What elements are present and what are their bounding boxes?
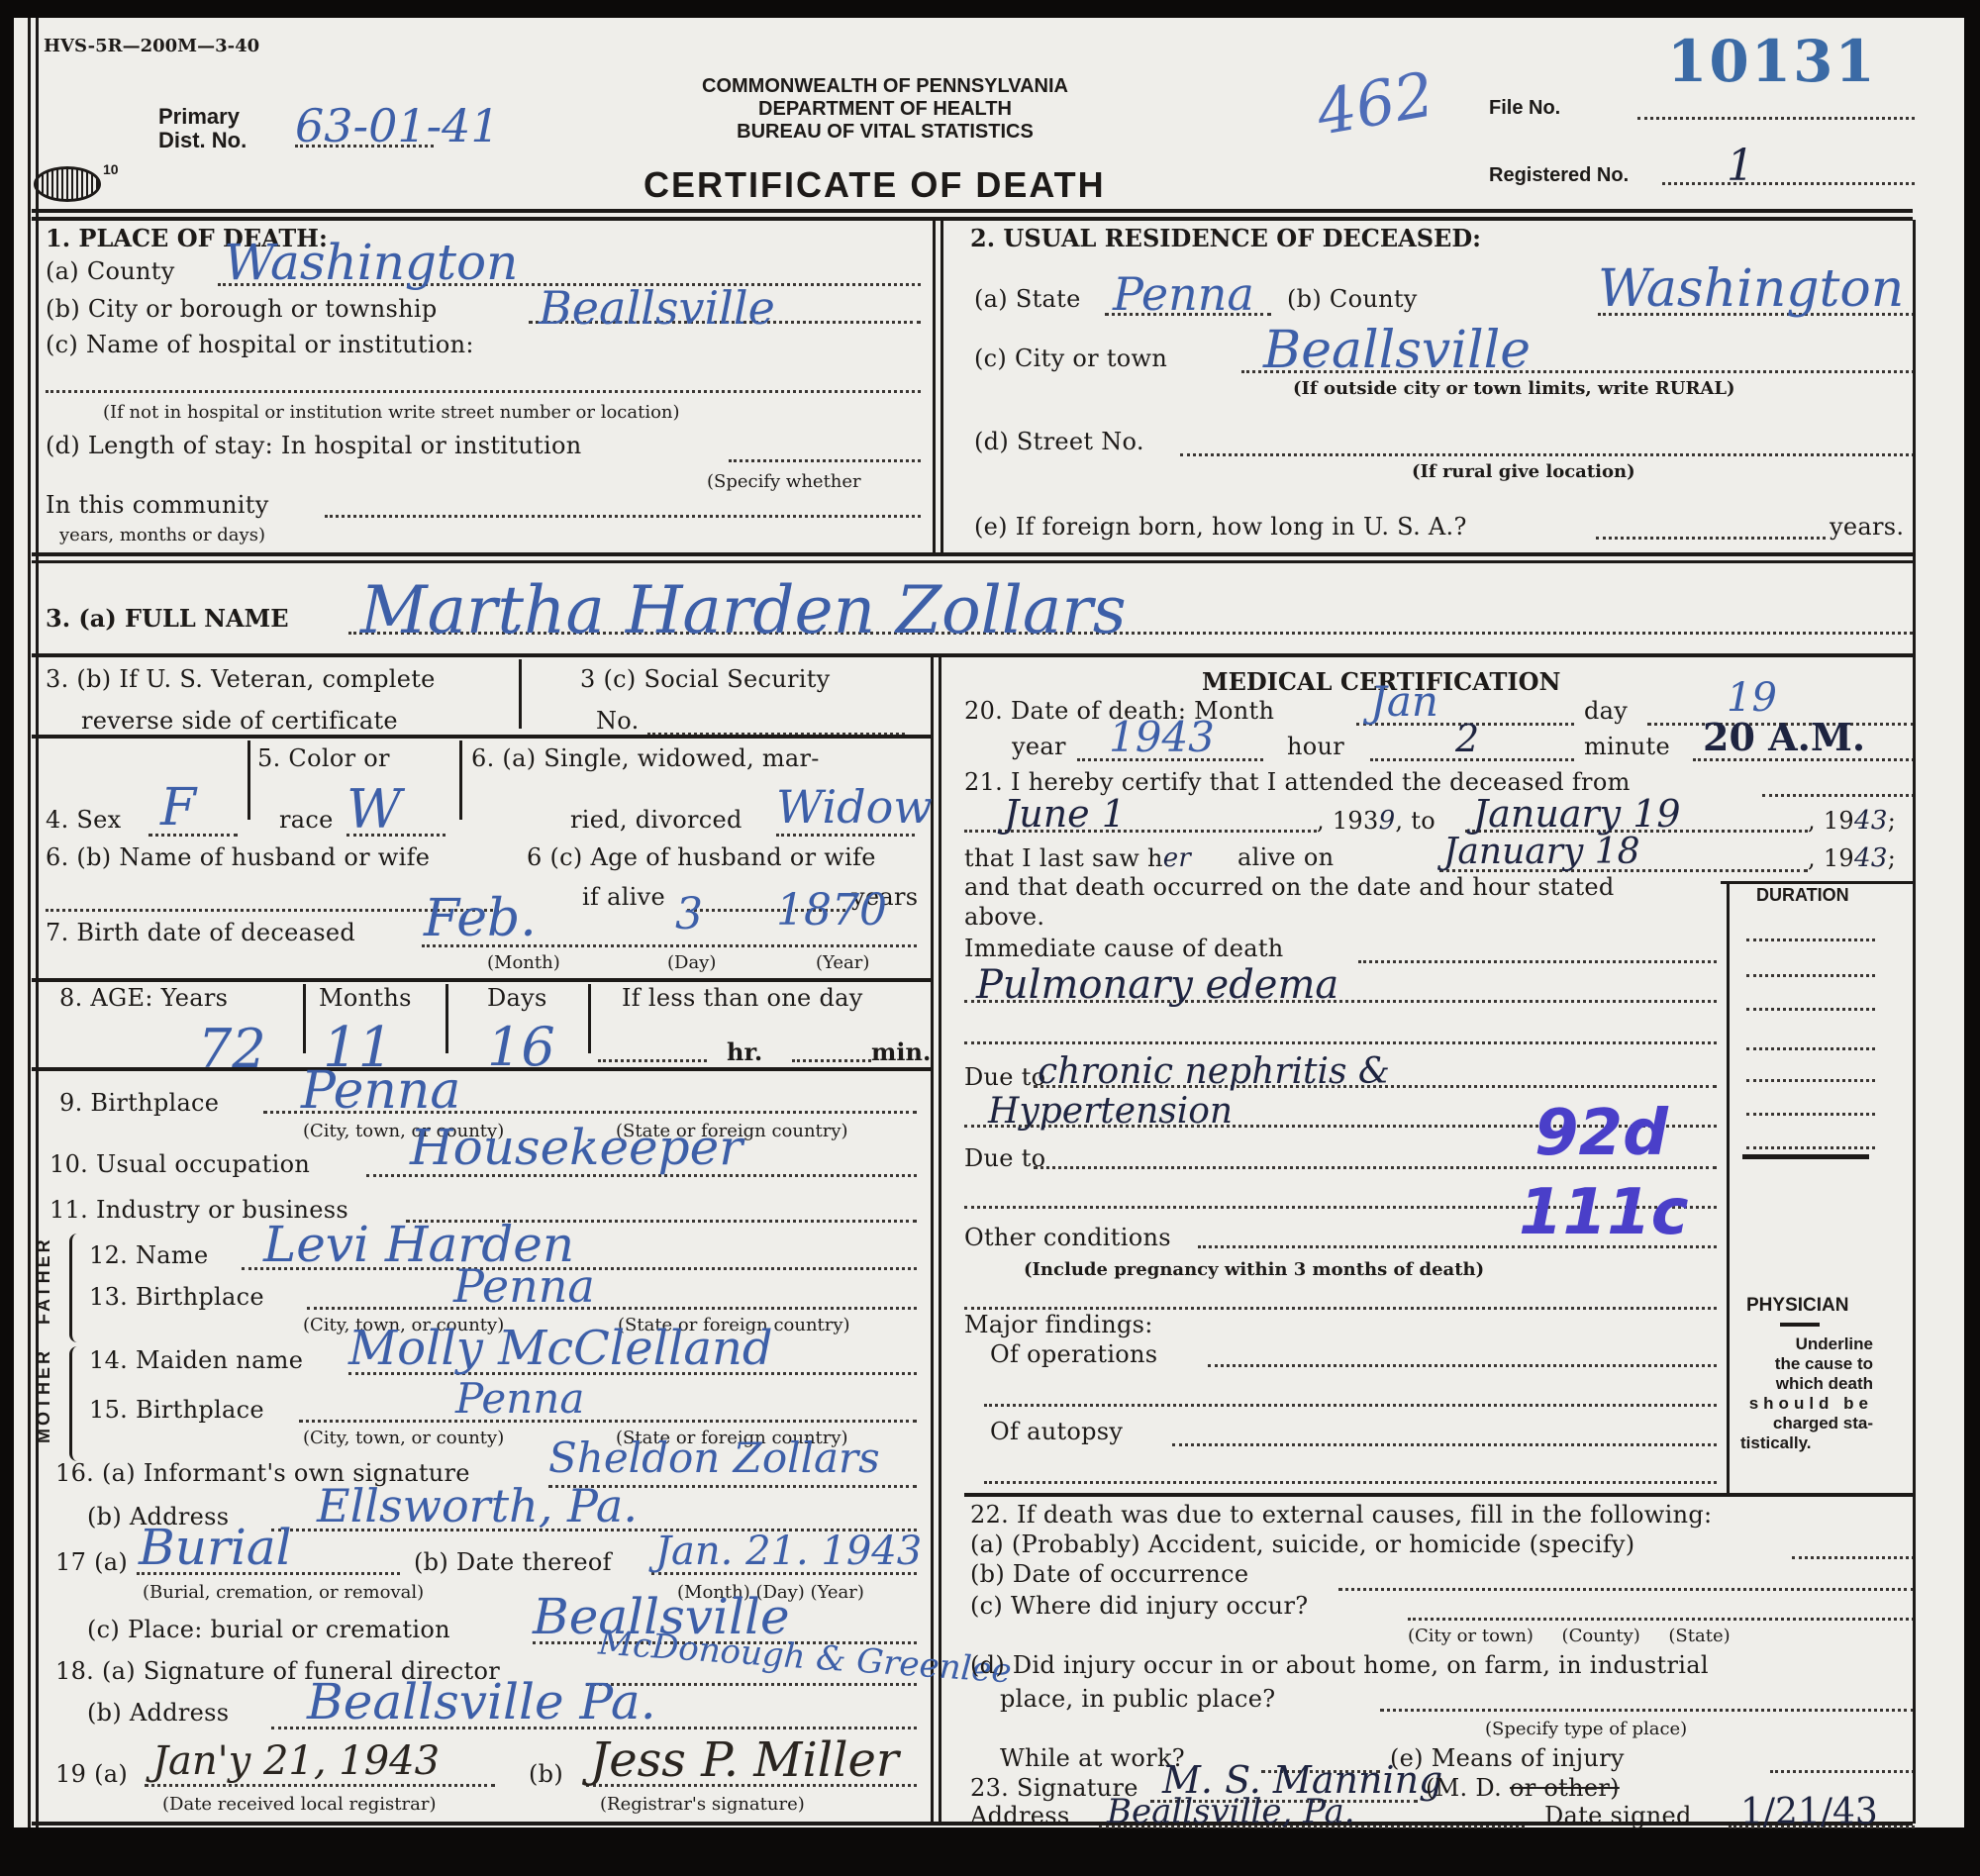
pod-stay-line — [729, 459, 921, 462]
rule-after-veteran — [32, 735, 931, 739]
external-b-label: (b) Date of occurrence — [970, 1560, 1248, 1588]
date-signed-value: 1/21/43 — [1740, 1792, 1878, 1832]
father-birthplace-line — [307, 1307, 917, 1310]
birth-date-label: 7. Birth date of deceased — [46, 919, 355, 946]
full-name-value: Martha Harden Zollars — [360, 572, 1127, 648]
father-brace — [69, 1234, 80, 1342]
duration-bottom-rule — [1742, 1154, 1869, 1159]
external-b-line — [1338, 1588, 1915, 1591]
race-label-1: 5. Color or — [257, 744, 390, 772]
external-d-label-2: place, in public place? — [1000, 1685, 1275, 1713]
operations-line — [1208, 1364, 1717, 1367]
external-heading: 22. If death was due to external causes,… — [970, 1501, 1712, 1529]
disposition-date-label: (b) Date thereof — [414, 1548, 612, 1576]
registrar-date-label: 19 (a) — [55, 1760, 128, 1788]
external-c-line — [1408, 1618, 1915, 1621]
occupation-label: 10. Usual occupation — [49, 1150, 310, 1178]
coding-mark-2: 111c — [1519, 1176, 1689, 1249]
last-saw-date-value: January 18 — [1443, 832, 1640, 872]
mother-birthplace-label: 15. Birthplace — [89, 1396, 264, 1424]
external-c-caption: (City or town) (County) (State) — [1408, 1626, 1731, 1646]
birth-month-value: Feb. — [424, 889, 537, 948]
header-rule-2 — [32, 217, 1913, 221]
disposition-method-caption: (Burial, cremation, or removal) — [143, 1582, 424, 1603]
pod-community-label: In this community — [46, 491, 269, 519]
pod-county-value: Washington — [224, 234, 518, 291]
right-border-rule — [1913, 220, 1916, 1824]
due-to-value-1a: chronic nephritis & — [1038, 1051, 1390, 1092]
other-struck-text: or other) — [1510, 1774, 1620, 1802]
father-birthplace-value: Penna — [453, 1259, 595, 1313]
date-signed-label: Date signed — [1544, 1802, 1692, 1829]
left-border-rule — [28, 18, 31, 1827]
birthplace-value: Penna — [301, 1061, 460, 1121]
funeral-director-address-value: Beallsville Pa. — [307, 1673, 656, 1730]
veteran-label-2: reverse side of certificate — [81, 707, 398, 735]
race-value: W — [346, 778, 402, 840]
res-state-label: (a) State — [974, 285, 1081, 313]
birth-year-caption: (Year) — [816, 952, 869, 973]
registrar-signature-caption: (Registrar's signature) — [600, 1794, 805, 1815]
sex-label: 4. Sex — [46, 806, 122, 834]
res-state-value: Penna — [1113, 267, 1254, 321]
veteran-label-1: 3. (b) If U. S. Veteran, complete — [46, 665, 436, 693]
operations-label: Of operations — [990, 1340, 1157, 1368]
min-line — [792, 1059, 871, 1062]
rule-after-age — [32, 1067, 931, 1071]
rule-after-residence — [32, 552, 1913, 556]
mother-maiden-label: 14. Maiden name — [89, 1346, 303, 1374]
res-street-line — [1180, 453, 1915, 456]
pod-county-label: (a) County — [46, 257, 175, 285]
pod-stay-label: (d) Length of stay: In hospital or insti… — [46, 432, 581, 459]
mother-brace — [69, 1346, 80, 1461]
marital-line — [776, 834, 915, 837]
immediate-cause-line-0 — [1358, 960, 1717, 963]
pod-stay-note: (Specify whether — [707, 471, 861, 492]
other-conditions-line-2 — [964, 1307, 1717, 1310]
due-to-value-1b: Hypertension — [988, 1091, 1233, 1132]
alive-on-label: alive on — [1237, 843, 1334, 871]
duration-line-2 — [1746, 974, 1875, 977]
death-month-value: Jan — [1370, 677, 1438, 726]
duration-line-4 — [1746, 1047, 1875, 1050]
spouse-age-label-1: 6 (c) Age of husband or wife — [527, 843, 876, 871]
burial-place-label: (c) Place: burial or cremation — [87, 1616, 450, 1643]
ssn-label-2: No. — [596, 707, 640, 735]
external-d-label-1: (d) Did injury occur in or about home, o… — [970, 1651, 1709, 1679]
birth-year-value: 1870 — [776, 885, 887, 936]
age-years-divider — [303, 984, 306, 1053]
sex-race-divider — [247, 741, 250, 820]
birth-day-caption: (Day) — [667, 952, 716, 973]
md-label: (M. D. or other) — [1426, 1774, 1620, 1802]
attended-to-value: January 19 — [1473, 792, 1681, 836]
external-a-label: (a) (Probably) Accident, suicide, or hom… — [970, 1530, 1634, 1558]
hr-label: hr. — [727, 1037, 762, 1066]
while-at-work-label: While at work? — [1000, 1744, 1185, 1772]
res-street-note: (If rural give location) — [1412, 461, 1635, 482]
certify-line — [1762, 794, 1915, 797]
means-of-injury-line — [1770, 1770, 1915, 1773]
year-label: year — [1012, 733, 1066, 760]
section-divider-inner — [940, 220, 943, 552]
other-conditions-line — [1198, 1245, 1717, 1248]
minute-label: minute — [1584, 733, 1670, 760]
res-city-value: Beallsville — [1263, 321, 1531, 380]
immediate-cause-value: Pulmonary edema — [976, 962, 1338, 1008]
registered-no-line — [1662, 182, 1915, 185]
registrar-signature-label: (b) — [529, 1760, 563, 1788]
left-border-rule-inner — [36, 18, 39, 1827]
statement-line-2: above. — [964, 903, 1044, 931]
duration-heading: DURATION — [1756, 885, 1849, 906]
agency-line-2: DEPARTMENT OF HEALTH — [568, 98, 1202, 121]
primary-dist-value: 63-01-41 — [295, 99, 500, 152]
birth-month-caption: (Month) — [487, 952, 560, 973]
coding-mark-1: 92d — [1534, 1097, 1668, 1170]
immediate-cause-label: Immediate cause of death — [964, 935, 1284, 962]
other-conditions-note: (Include pregnancy within 3 months of de… — [1024, 1259, 1484, 1280]
res-county-value: Washington — [1598, 259, 1904, 319]
marital-value: Widow — [776, 780, 933, 834]
min-label: min. — [871, 1037, 931, 1066]
major-findings-label: Major findings: — [964, 1311, 1153, 1338]
registrar-date-caption: (Date received local registrar) — [162, 1794, 436, 1815]
duration-top-rule — [1721, 881, 1915, 884]
external-a-line — [1792, 1556, 1915, 1559]
last-saw-label: that I last saw her — [964, 843, 1191, 873]
veteran-ssn-divider — [519, 659, 522, 729]
agency-line-3: BUREAU OF VITAL STATISTICS — [568, 121, 1202, 144]
physician-heading: PHYSICIAN — [1746, 1295, 1848, 1317]
disposition-method-value: Burial — [139, 1519, 292, 1576]
physician-dash — [1780, 1323, 1820, 1327]
autopsy-line — [1172, 1443, 1717, 1446]
attended-from-value: June 1 — [1004, 792, 1126, 836]
hr-line — [598, 1059, 707, 1062]
residence-heading: 2. USUAL RESIDENCE OF DECEASED: — [970, 224, 1481, 252]
occupation-value: Housekeeper — [410, 1119, 742, 1176]
autopsy-line-2 — [984, 1481, 1717, 1484]
section-divider — [933, 220, 936, 552]
physician-note: Underline the cause to which death shoul… — [1740, 1334, 1873, 1453]
attended-from-year: , 1939, to — [1317, 806, 1435, 836]
pod-city-label: (b) City or borough or township — [46, 295, 438, 323]
operations-line-2 — [984, 1404, 1717, 1407]
physician-address-value: Beallsville, Pa. — [1107, 1792, 1355, 1831]
rule-before-external — [964, 1493, 1915, 1497]
day-label: day — [1584, 697, 1628, 725]
autopsy-label: Of autopsy — [990, 1418, 1123, 1445]
spouse-label: 6. (b) Name of husband or wife — [46, 843, 430, 871]
pod-hospital-label: (c) Name of hospital or institution: — [46, 331, 474, 358]
father-name-label: 12. Name — [89, 1241, 208, 1269]
immediate-cause-line-2 — [964, 1041, 1717, 1044]
union-label-number: 10 — [103, 161, 119, 177]
registered-no-label: Registered No. — [1489, 164, 1629, 187]
res-foreign-line — [1596, 537, 1826, 540]
birthplace-label: 9. Birthplace — [59, 1089, 219, 1117]
informant-address-value: Ellsworth, Pa. — [317, 1479, 638, 1532]
registrar-date-value: Jan'y 21, 1943 — [152, 1738, 440, 1784]
race-marital-divider — [459, 741, 462, 820]
rule-after-birth — [32, 978, 931, 982]
funeral-director-value: McDonough & Greenlee — [597, 1623, 1013, 1691]
age-lt-day-label: If less than one day — [622, 984, 863, 1012]
age-years-label: 8. AGE: Years — [59, 984, 228, 1012]
duration-divider — [1727, 881, 1730, 1495]
duration-line-5 — [1746, 1079, 1875, 1082]
birth-day-value: 3 — [675, 889, 703, 939]
duration-line-7 — [1746, 1146, 1875, 1149]
statement-line-1: and that death occurred on the date and … — [964, 873, 1615, 901]
mother-side-label: MOTHER — [34, 1348, 54, 1443]
res-street-label: (d) Street No. — [974, 428, 1144, 455]
res-city-note: (If outside city or town limits, write R… — [1293, 378, 1735, 399]
duration-line-1 — [1746, 938, 1875, 941]
rule-after-name — [32, 653, 1913, 657]
res-foreign-label: (e) If foreign born, how long in U. S. A… — [974, 513, 1467, 541]
death-year-value: 1943 — [1109, 713, 1215, 761]
file-number-stamp: 10131 — [1667, 28, 1877, 95]
age-days-label: Days — [487, 984, 547, 1012]
marital-label-1: 6. (a) Single, widowed, mar- — [471, 744, 820, 772]
pod-city-value: Beallsville — [539, 281, 775, 335]
death-hour-value: 2 — [1455, 717, 1479, 760]
age-months-label: Months — [319, 984, 412, 1012]
agency-line-1: COMMONWEALTH OF PENNSYLVANIA — [568, 75, 1202, 98]
pod-community-note: years, months or days) — [59, 525, 265, 545]
death-minute-value: 20 A.M. — [1703, 715, 1865, 759]
spouse-age-label-2: if alive — [582, 883, 665, 911]
sex-value: F — [160, 778, 196, 838]
file-no-label: File No. — [1489, 97, 1560, 120]
res-foreign-unit: years. — [1830, 513, 1904, 541]
hour-label: hour — [1287, 733, 1344, 760]
mother-maiden-value: Molly McClelland — [348, 1321, 773, 1376]
father-birthplace-label: 13. Birthplace — [89, 1283, 264, 1311]
primary-dist-label: Primary Dist. No. — [158, 105, 247, 152]
disposition-method-label: 17 (a) — [55, 1548, 128, 1576]
registrar-signature-value: Jess P. Miller — [590, 1732, 899, 1788]
pod-community-line — [325, 515, 921, 518]
attended-to-year: , 1943; — [1808, 806, 1896, 836]
mother-birthplace-line — [299, 1420, 917, 1423]
union-label-seal-icon — [34, 166, 101, 202]
registrar-date-line — [145, 1784, 495, 1787]
full-name-label: 3. (a) FULL NAME — [46, 604, 289, 633]
res-county-label: (b) County — [1287, 285, 1418, 313]
funeral-director-address-label: (b) Address — [87, 1699, 229, 1727]
rule-after-residence-2 — [32, 560, 1913, 563]
duration-line-6 — [1746, 1113, 1875, 1116]
res-city-label: (c) City or town — [974, 345, 1167, 372]
disposition-date-value: Jan. 21. 1943 — [655, 1529, 922, 1574]
registered-no-value: 1 — [1727, 141, 1754, 191]
agency-block: COMMONWEALTH OF PENNSYLVANIA DEPARTMENT … — [568, 75, 1202, 144]
external-d-caption: (Specify type of place) — [1485, 1719, 1687, 1739]
form-code: HVS-5R—200M—3-40 — [44, 36, 259, 56]
other-conditions-label: Other conditions — [964, 1224, 1171, 1251]
ssn-label-1: 3 (c) Social Security — [580, 665, 831, 693]
header-rule-1 — [32, 209, 1913, 213]
file-no-line — [1637, 117, 1915, 120]
mother-birthplace-value: Penna — [455, 1374, 584, 1423]
duration-line-3 — [1746, 1008, 1875, 1011]
father-side-label: FATHER — [34, 1236, 54, 1325]
age-days-divider — [588, 984, 591, 1053]
certificate-title: CERTIFICATE OF DEATH — [643, 164, 1106, 206]
external-d-line — [1380, 1709, 1915, 1712]
marital-label-2: ried, divorced — [570, 806, 742, 834]
last-saw-year: , 1943; — [1808, 843, 1896, 873]
margin-note: 462 — [1312, 57, 1439, 148]
pod-hospital-note: (If not in hospital or institution write… — [103, 402, 680, 423]
age-months-divider — [445, 984, 448, 1053]
external-c-label: (c) Where did injury occur? — [970, 1592, 1308, 1620]
death-certificate-page: HVS-5R—200M—3-40 Primary Dist. No. 63-01… — [14, 18, 1964, 1827]
pod-hospital-line — [46, 390, 921, 393]
physician-address-label: Address — [970, 1802, 1069, 1829]
mother-caption-1: (City, town, or county) — [303, 1428, 504, 1448]
race-label-2: race — [279, 806, 334, 834]
informant-signature-value: Sheldon Zollars — [548, 1433, 880, 1482]
